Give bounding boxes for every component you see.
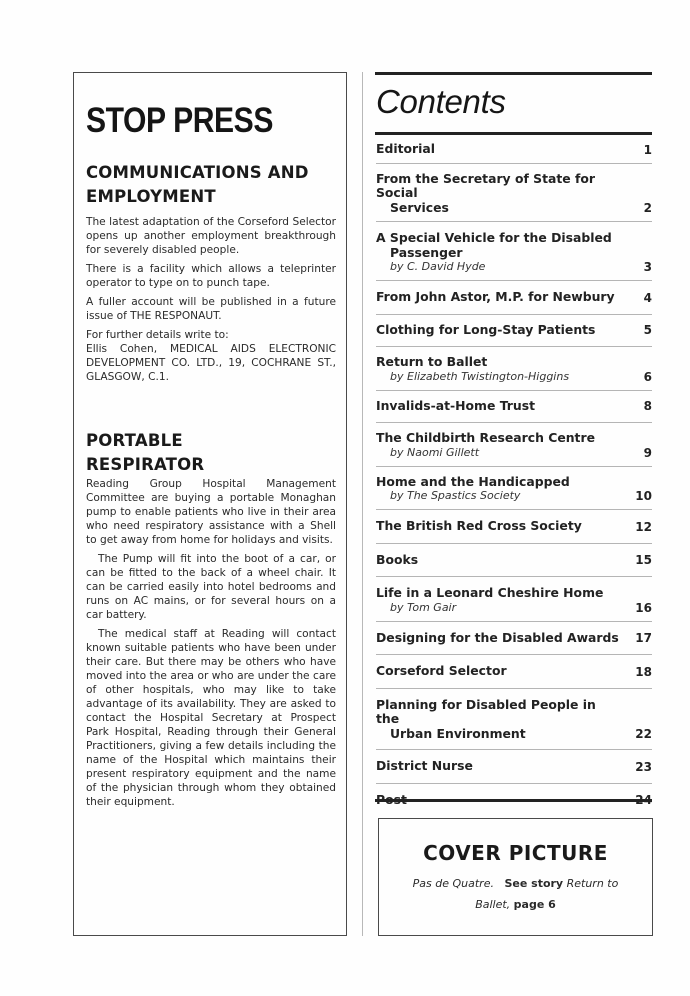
page-number: 23: [635, 760, 652, 774]
toc-item-red-cross[interactable]: The British Red Cross Society 12: [376, 510, 652, 544]
toc-item-editorial[interactable]: Editorial 1: [376, 137, 652, 164]
paragraph: For further details write to:: [86, 328, 336, 342]
page-number: 3: [644, 260, 652, 274]
toc-item-special-vehicle[interactable]: A Special Vehicle for the DisabledPassen…: [376, 222, 652, 281]
toc-author: by The Spastics Society: [376, 489, 652, 503]
section-heading-portable-respirator: PORTABLE RESPIRATOR: [86, 429, 338, 477]
toc-author: by C. David Hyde: [376, 260, 652, 274]
page-number: 16: [635, 601, 652, 615]
toc-item-invalids-at-home[interactable]: Invalids-at-Home Trust 8: [376, 391, 652, 424]
paragraph: Reading Group Hospital Management Commit…: [86, 477, 336, 547]
section-heading-communications: COMMUNICATIONS AND EMPLOYMENT: [86, 161, 338, 209]
toc-author: by Tom Gair: [376, 601, 652, 615]
toc-item-john-astor[interactable]: From John Astor, M.P. for Newbury 4: [376, 281, 652, 315]
communications-body: The latest adaptation of the Corseford S…: [86, 215, 336, 389]
page-number: 4: [644, 291, 652, 305]
bottom-rule: [375, 799, 652, 802]
stop-press-title: STOP PRESS: [86, 101, 273, 141]
paragraph: The latest adaptation of the Corseford S…: [86, 215, 336, 257]
contents-title: Contents: [376, 83, 506, 121]
page-number: 12: [635, 520, 652, 534]
toc-item-district-nurse[interactable]: District Nurse 23: [376, 750, 652, 784]
toc-item-books[interactable]: Books 15: [376, 544, 652, 578]
page-number: 2: [644, 201, 652, 215]
paragraph: A fuller account will be published in a …: [86, 295, 336, 323]
page-number: 22: [635, 727, 652, 741]
toc-item-planning[interactable]: Planning for Disabled People in theUrban…: [376, 689, 652, 751]
paragraph: There is a facility which allows a telep…: [86, 262, 336, 290]
toc-item-secretary-of-state[interactable]: From the Secretary of State for SocialSe…: [376, 164, 652, 223]
toc-item-corseford-selector[interactable]: Corseford Selector 18: [376, 655, 652, 689]
page-number: 9: [644, 446, 652, 460]
top-rule: [375, 72, 652, 75]
toc-item-designing-awards[interactable]: Designing for the Disabled Awards 17: [376, 622, 652, 656]
page-number: 17: [635, 631, 652, 645]
paragraph: The medical staff at Reading will contac…: [86, 627, 336, 809]
contents-rule: [375, 132, 652, 135]
table-of-contents: Editorial 1 From the Secretary of State …: [376, 137, 652, 816]
toc-item-childbirth-research[interactable]: The Childbirth Research Centre by Naomi …: [376, 423, 652, 467]
toc-author: by Elizabeth Twistington-Higgins: [376, 370, 652, 384]
page-number: 10: [635, 489, 652, 503]
page-number: 1: [644, 143, 652, 157]
toc-item-leonard-cheshire[interactable]: Life in a Leonard Cheshire Home by Tom G…: [376, 577, 652, 622]
page-number: 6: [644, 370, 652, 384]
toc-item-return-to-ballet[interactable]: Return to Ballet by Elizabeth Twistingto…: [376, 347, 652, 391]
cover-picture-caption: Pas de Quatre. See story Return to Balle…: [401, 873, 631, 915]
page-number: 5: [644, 323, 652, 337]
toc-item-clothing[interactable]: Clothing for Long-Stay Patients 5: [376, 315, 652, 348]
cover-picture-title: COVER PICTURE: [379, 841, 652, 865]
column-divider: [362, 72, 363, 936]
page-number: 18: [635, 665, 652, 679]
stop-press-box: STOP PRESS COMMUNICATIONS AND EMPLOYMENT…: [73, 72, 347, 936]
page-number: 8: [644, 399, 652, 413]
page-number: 15: [635, 553, 652, 567]
respirator-body: Reading Group Hospital Management Commit…: [86, 477, 336, 814]
cover-picture-box: COVER PICTURE Pas de Quatre. See story R…: [378, 818, 653, 936]
toc-author: by Naomi Gillett: [376, 446, 652, 460]
paragraph: The Pump will fit into the boot of a car…: [86, 552, 336, 622]
toc-item-home-and-handicapped[interactable]: Home and the Handicapped by The Spastics…: [376, 467, 652, 511]
address: Ellis Cohen, MEDICAL AIDS ELECTRONIC DEV…: [86, 342, 336, 384]
